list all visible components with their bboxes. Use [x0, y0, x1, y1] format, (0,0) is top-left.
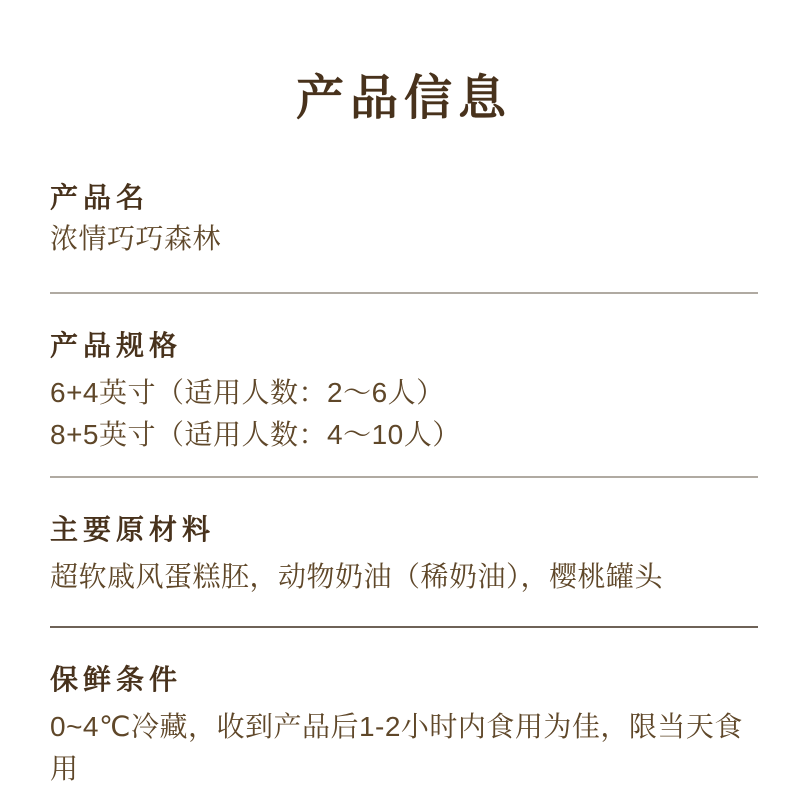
section-main-ingredients: 主要原材料 超软戚风蛋糕胚，动物奶油（稀奶油），樱桃罐头 — [50, 512, 758, 598]
section-divider — [50, 292, 758, 294]
section-divider — [50, 476, 758, 478]
product-spec-line-1: 6+4英寸（适用人数：2～6人） — [50, 372, 758, 414]
section-product-name: 产品名 浓情巧巧森林 — [50, 180, 758, 260]
preservation-heading: 保鲜条件 — [50, 662, 758, 698]
section-divider — [50, 626, 758, 628]
product-spec-line-2: 8+5英寸（适用人数：4～10人） — [50, 414, 758, 456]
preservation-value: 0~4℃冷藏，收到产品后1-2小时内食用为佳，限当天食用 — [50, 706, 758, 790]
product-info-page: 产品信息 产品名 浓情巧巧森林 产品规格 6+4英寸（适用人数：2～6人） 8+… — [0, 0, 800, 800]
page-title: 产品信息 — [50, 0, 758, 128]
product-name-heading: 产品名 — [50, 180, 758, 216]
main-ingredients-value: 超软戚风蛋糕胚，动物奶油（稀奶油），樱桃罐头 — [50, 556, 758, 598]
section-preservation: 保鲜条件 0~4℃冷藏，收到产品后1-2小时内食用为佳，限当天食用 — [50, 662, 758, 790]
main-ingredients-heading: 主要原材料 — [50, 512, 758, 548]
section-product-spec: 产品规格 6+4英寸（适用人数：2～6人） 8+5英寸（适用人数：4～10人） — [50, 328, 758, 456]
product-spec-heading: 产品规格 — [50, 328, 758, 364]
product-name-value: 浓情巧巧森林 — [50, 218, 758, 260]
